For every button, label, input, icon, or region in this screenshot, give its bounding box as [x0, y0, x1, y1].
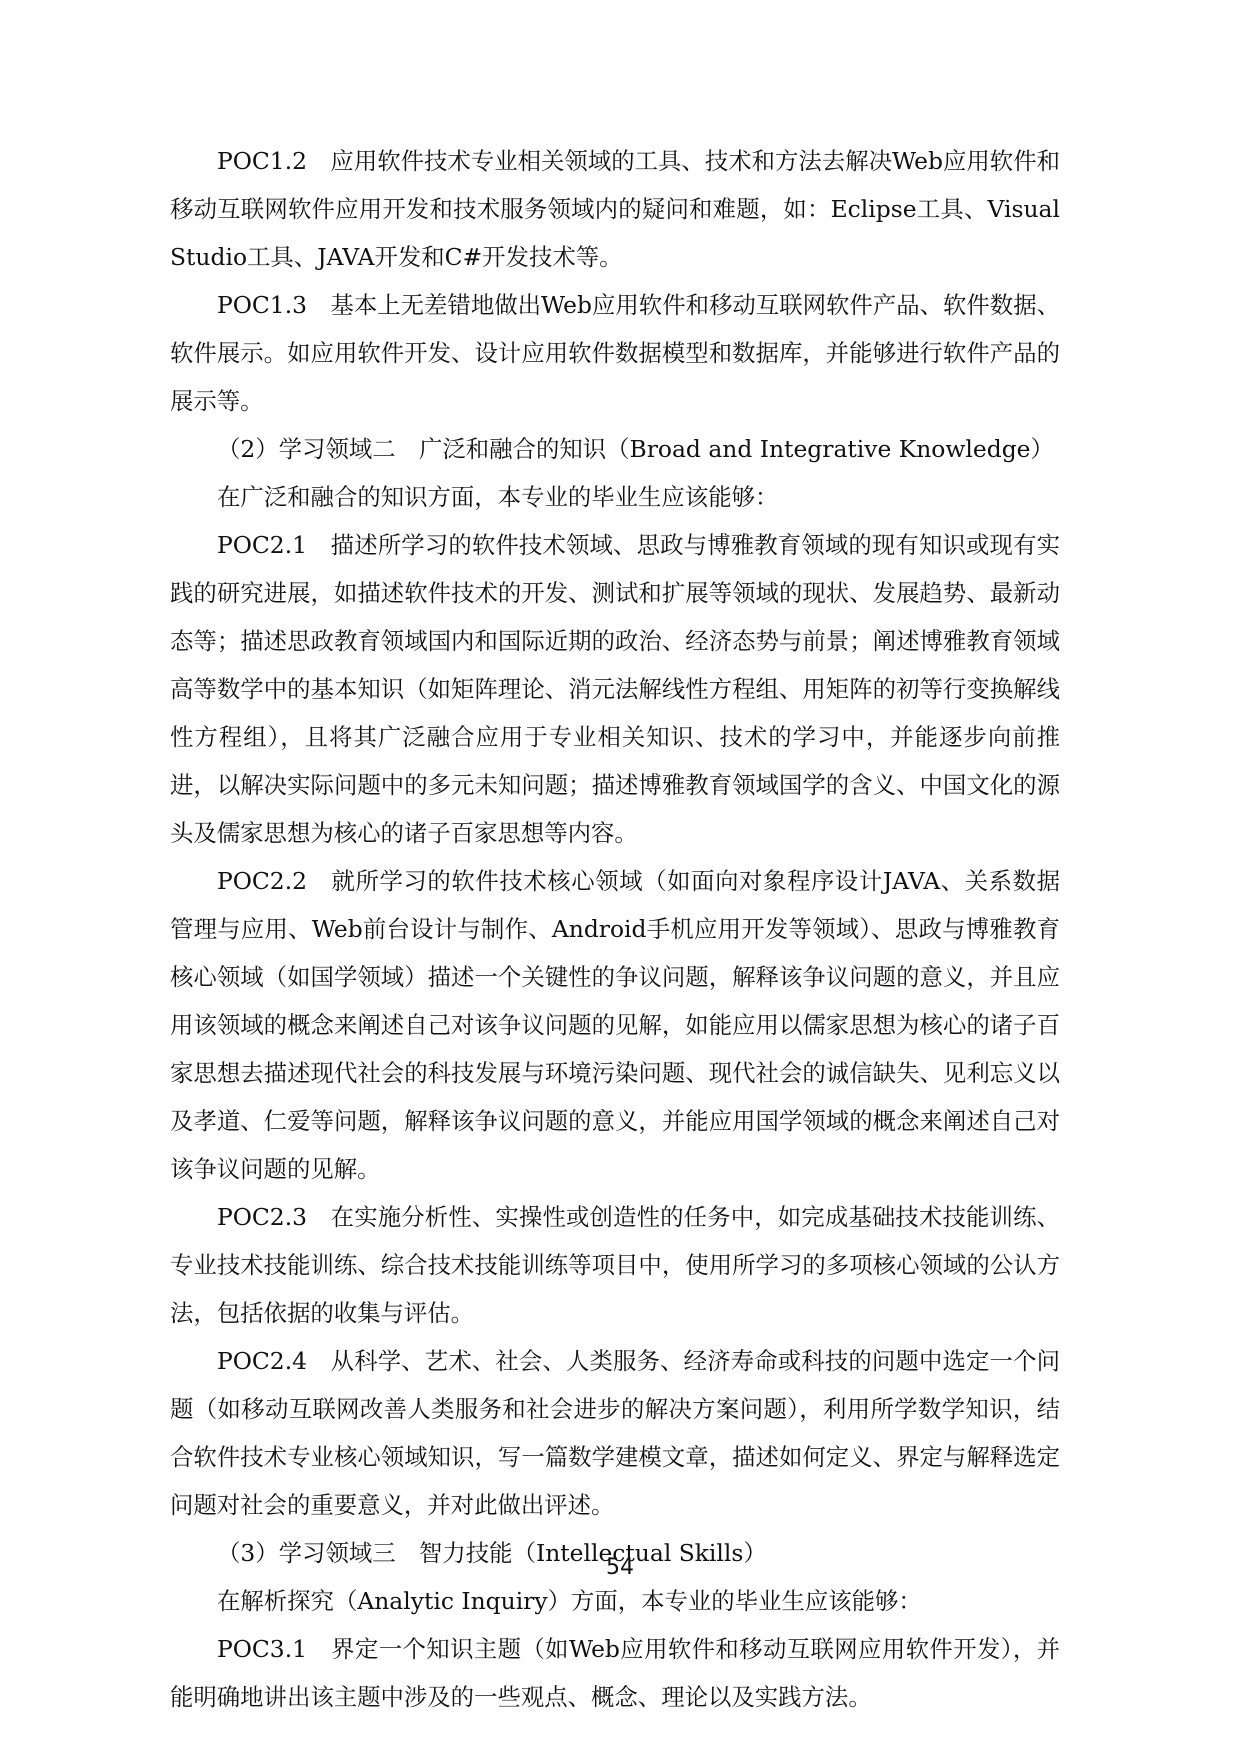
section-intro-domain-2: 在广泛和融合的知识方面，本专业的毕业生应该能够：: [170, 473, 1060, 521]
paragraph-poc2-4: POC2.4 从科学、艺术、社会、人类服务、经济寿命或科技的问题中选定一个问题（…: [170, 1337, 1060, 1529]
section-intro-domain-3: 在解析探究（Analytic Inquiry）方面，本专业的毕业生应该能够：: [170, 1577, 1060, 1625]
paragraph-poc3-1: POC3.1 界定一个知识主题（如Web应用软件和移动互联网应用软件开发），并能…: [170, 1625, 1060, 1721]
page-number: 54: [0, 1555, 1240, 1580]
paragraph-poc1-3: POC1.3 基本上无差错地做出Web应用软件和移动互联网软件产品、软件数据、软…: [170, 281, 1060, 425]
section-heading-domain-2: （2）学习领域二 广泛和融合的知识（Broad and Integrative …: [170, 425, 1060, 473]
paragraph-poc2-2: POC2.2 就所学习的软件技术核心领域（如面向对象程序设计JAVA、关系数据管…: [170, 857, 1060, 1193]
paragraph-poc1-2: POC1.2 应用软件技术专业相关领域的工具、技术和方法去解决Web应用软件和移…: [170, 137, 1060, 281]
paragraph-poc2-1: POC2.1 描述所学习的软件技术领域、思政与博雅教育领域的现有知识或现有实践的…: [170, 521, 1060, 857]
document-body: POC1.2 应用软件技术专业相关领域的工具、技术和方法去解决Web应用软件和移…: [170, 137, 1060, 1721]
paragraph-poc2-3: POC2.3 在实施分析性、实操性或创造性的任务中，如完成基础技术技能训练、专业…: [170, 1193, 1060, 1337]
